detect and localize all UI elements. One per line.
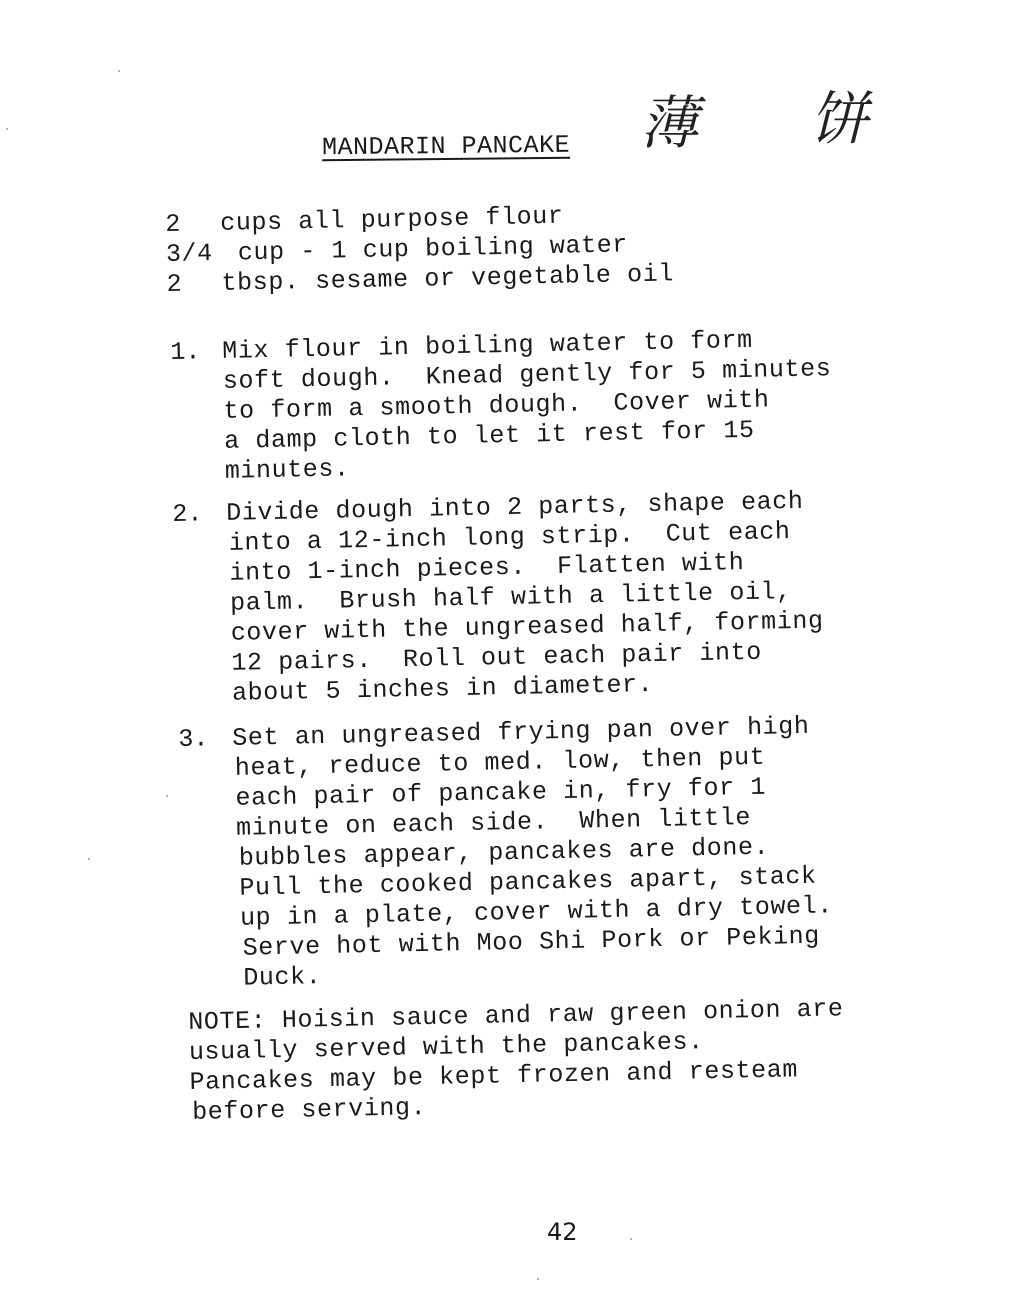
scan-speck xyxy=(6,128,8,130)
note-line: before serving. xyxy=(192,1093,427,1128)
scan-speck xyxy=(88,858,90,860)
step-number: 1. xyxy=(170,337,201,367)
chinese-character-thin: 薄 xyxy=(640,76,698,160)
ingredient-qty: 2 xyxy=(165,210,181,240)
recipe-page: MANDARIN PANCAKE 薄 饼 2 cups all purpose … xyxy=(0,0,1030,1294)
step-number: 3. xyxy=(178,724,209,754)
ingredient-qty: 2 xyxy=(166,270,182,300)
chinese-character-cake: 饼 xyxy=(810,72,868,156)
recipe-title: MANDARIN PANCAKE xyxy=(322,131,570,163)
scan-speck xyxy=(166,795,168,797)
scan-speck xyxy=(630,1238,632,1240)
page-number: 42 xyxy=(547,1218,578,1246)
step-line: minutes. xyxy=(225,454,350,487)
step-line: Duck. xyxy=(243,962,322,994)
scan-speck xyxy=(118,70,120,72)
ingredient-qty: 3/4 xyxy=(166,239,213,270)
step-number: 2. xyxy=(172,499,203,529)
scan-speck xyxy=(537,1278,539,1280)
